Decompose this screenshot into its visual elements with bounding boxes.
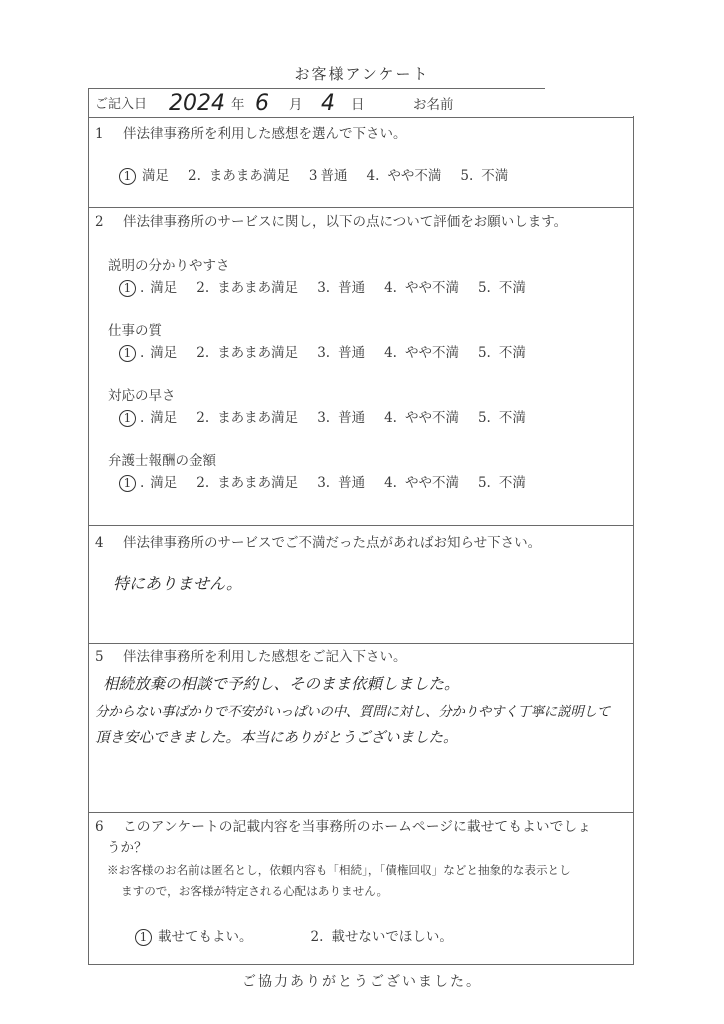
section-2: 2 伴法律事務所のサービスに関し，以下の点について評価をお願いします。 説明の分…: [89, 208, 633, 526]
answer-line: 相続放棄の相談で予約し、そのまま依頼しました。: [103, 672, 460, 694]
option-somewhat-satisfied[interactable]: 2.まあまあ満足: [196, 474, 298, 492]
section-6-question-cont: うか？: [107, 840, 148, 856]
option-satisfied[interactable]: 1.満足: [119, 344, 177, 362]
section-6-question: このアンケートの記載内容を当事務所のホームページに載せてもよいでしょ: [123, 819, 591, 835]
option-dissatisfied[interactable]: 5.不満: [478, 344, 526, 362]
section-5-question: 伴法律事務所を利用した感想をご記入下さい。: [123, 649, 407, 665]
section-6-note-cont: ますので，お客様が特定される心配はありません。: [121, 883, 388, 899]
selected-circle-icon: 1: [119, 280, 136, 297]
day-value[interactable]: 4: [321, 91, 335, 116]
item-explanation-clarity-label: 説明の分かりやすさ: [108, 258, 230, 274]
option-somewhat-satisfied[interactable]: 2.まあまあ満足: [196, 344, 298, 362]
option-neutral[interactable]: 3.普通: [317, 279, 365, 297]
option-publish-ok[interactable]: 1 載せてもよい。: [135, 928, 253, 946]
section-4: 4 伴法律事務所のサービスでご不満だった点があればお知らせ下さい。 特にありませ…: [89, 526, 633, 644]
section-2-number: 2: [95, 214, 104, 230]
answer-line: 分からない事ばかりで不安がいっぱいの中、質問に対し、分かりやすく丁寧に説明して: [95, 700, 610, 720]
section-6: 6 このアンケートの記載内容を当事務所のホームページに載せてもよいでしょ うか？…: [89, 813, 633, 964]
section-4-number: 4: [95, 535, 104, 551]
month-unit: 月: [289, 97, 303, 113]
day-unit: 日: [351, 97, 365, 113]
option-somewhat-dissatisfied[interactable]: 4.やや不満: [384, 279, 459, 297]
year-unit: 年: [231, 97, 245, 113]
year-value[interactable]: 2024: [169, 91, 225, 116]
option-neutral[interactable]: 3.普通: [317, 409, 365, 427]
selected-circle-icon: 1: [119, 475, 136, 492]
option-dissatisfied[interactable]: 5.不満: [478, 409, 526, 427]
section-1-question: 伴法律事務所を利用した感想を選んで下さい。: [123, 126, 407, 142]
option-do-not-publish[interactable]: 2. 載せないでほしい。: [311, 928, 453, 946]
option-somewhat-dissatisfied[interactable]: 4.やや不満: [384, 409, 459, 427]
option-somewhat-satisfied[interactable]: 2.まあまあ満足: [196, 279, 298, 297]
option-somewhat-dissatisfied[interactable]: 4.やや不満: [384, 344, 459, 362]
selected-circle-icon: 1: [119, 410, 136, 427]
page-title: お客様アンケート: [0, 63, 724, 84]
option-somewhat-satisfied[interactable]: 2. まあまあ満足: [188, 167, 290, 185]
option-dissatisfied[interactable]: 5.不満: [478, 474, 526, 492]
option-somewhat-dissatisfied[interactable]: 4. やや不満: [366, 167, 441, 185]
option-satisfied[interactable]: 1.満足: [119, 409, 177, 427]
thank-you-footer: ご協力ありがとうございました。: [0, 971, 724, 991]
option-satisfied[interactable]: 1 満足: [119, 167, 169, 185]
item-response-speed-label: 対応の早さ: [108, 388, 176, 404]
item-response-speed-options: 1.満足 2.まあまあ満足 3.普通 4.やや不満 5.不満: [119, 409, 545, 427]
section-5-number: 5: [95, 649, 104, 665]
option-neutral[interactable]: 3.普通: [317, 474, 365, 492]
option-somewhat-dissatisfied[interactable]: 4.やや不満: [384, 474, 459, 492]
option-somewhat-satisfied[interactable]: 2.まあまあ満足: [196, 409, 298, 427]
section-6-options: 1 載せてもよい。 2. 載せないでほしい。: [135, 928, 472, 946]
item-explanation-clarity-options: 1.満足 2.まあまあ満足 3.普通 4.やや不満 5.不満: [119, 279, 545, 297]
month-value[interactable]: 6: [255, 91, 269, 116]
item-attorney-fee-label: 弁護士報酬の金額: [108, 453, 216, 469]
section-6-note: ※お客様のお名前は匿名とし，依頼内容も「相続」，「債権回収」などと抽象的な表示と…: [107, 862, 571, 878]
survey-form: ご記入日 2024 年 6 月 4 日 お名前 1 伴法律事務所を利用した感想を…: [88, 88, 634, 965]
section-4-answer[interactable]: 特にありません。: [113, 571, 242, 594]
section-6-number: 6: [95, 819, 104, 835]
selected-circle-icon: 1: [119, 168, 136, 185]
selected-circle-icon: 1: [135, 929, 152, 946]
section-1-options: 1 満足 2. まあまあ満足 3 普通 4. やや不満 5. 不満: [119, 167, 527, 185]
section-5: 5 伴法律事務所を利用した感想をご記入下さい。 相続放棄の相談で予約し、そのまま…: [89, 644, 633, 813]
item-attorney-fee-options: 1.満足 2.まあまあ満足 3.普通 4.やや不満 5.不満: [119, 474, 545, 492]
option-satisfied[interactable]: 1.満足: [119, 474, 177, 492]
redacted-name-area: [545, 86, 655, 116]
section-4-question: 伴法律事務所のサービスでご不満だった点があればお知らせ下さい。: [123, 535, 541, 551]
name-label: お名前: [413, 97, 454, 113]
option-dissatisfied[interactable]: 5. 不満: [460, 167, 508, 185]
section-2-question: 伴法律事務所のサービスに関し，以下の点について評価をお願いします。: [123, 214, 567, 230]
option-satisfied[interactable]: 1.満足: [119, 279, 177, 297]
section-1-number: 1: [95, 126, 104, 142]
option-dissatisfied[interactable]: 5.不満: [478, 279, 526, 297]
section-1: 1 伴法律事務所を利用した感想を選んで下さい。 1 満足 2. まあまあ満足 3…: [89, 118, 633, 208]
item-work-quality-options: 1.満足 2.まあまあ満足 3.普通 4.やや不満 5.不満: [119, 344, 545, 362]
selected-circle-icon: 1: [119, 345, 136, 362]
option-neutral[interactable]: 3.普通: [317, 344, 365, 362]
entry-date-label: ご記入日: [95, 97, 147, 113]
answer-line: 頂き安心できました。本当にありがとうございました。: [95, 726, 458, 747]
item-work-quality-label: 仕事の質: [108, 323, 162, 339]
option-neutral[interactable]: 3 普通: [309, 167, 348, 185]
